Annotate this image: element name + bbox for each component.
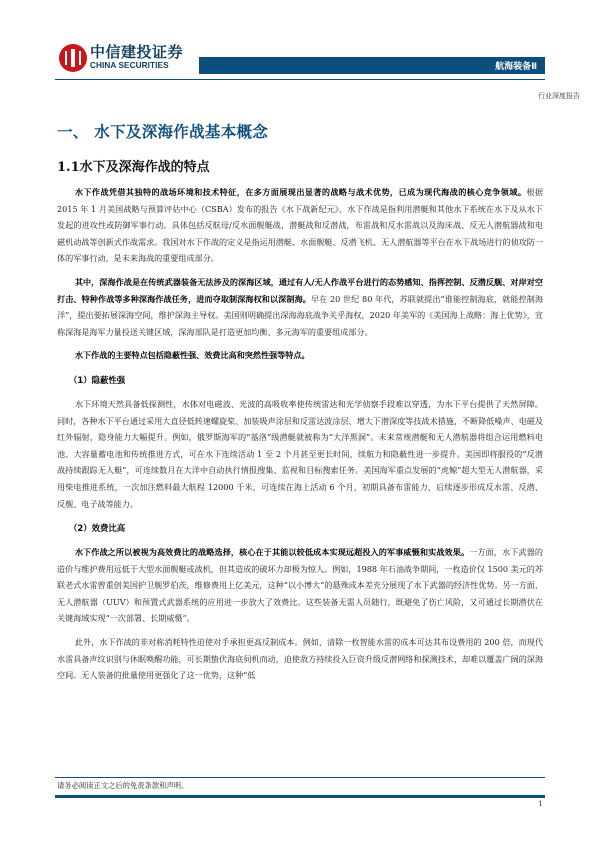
report-type-label: 行业深度报告 [538, 91, 580, 101]
citic-logo-icon [59, 44, 87, 72]
industry-tag: 航海装备Ⅱ [495, 59, 537, 72]
section-title: 一、 水下及深海作战基本概念 [57, 120, 543, 144]
paragraph-main-features: 水下作战的主要特点包括隐蔽性强、效费比高和突然性强等特点。 [57, 347, 543, 364]
subsection-title: 1.1水下及深海作战的特点 [57, 156, 543, 176]
footer-bar [55, 795, 545, 798]
header-divider [55, 79, 545, 80]
paragraph-underwater-definition: 水下作战凭借其独特的战场环境和技术特征，在多方面展现出显著的战略与战术优势，已成… [57, 184, 543, 267]
logo-english-name: CHINA SECURITIES [90, 62, 183, 70]
subheading-cost-effectiveness: （2）效费比高 [69, 520, 543, 536]
paragraph-body: 水下环境天然具备低探测性，水体对电磁波、光波的高吸收率使传统雷达和光学侦察手段难… [57, 399, 543, 509]
paragraph-lead-bold: 水下作战凭借其独特的战场环境和技术特征，在多方面展现出显著的战略与战术优势，已成… [75, 187, 527, 197]
paragraph-asymmetric-cost: 此外，水下作战的非对称消耗特性迫使对手承担更高反制成本。例如，清除一枚智能水雷的… [57, 634, 543, 684]
disclaimer-note: 请务必阅读正文之后的免责条款和声明。 [55, 778, 545, 794]
paragraph-lead-bold: 水下作战的主要特点包括隐蔽性强、效费比高和突然性强等特点。 [75, 350, 310, 360]
paragraph-body: 此外，水下作战的非对称消耗特性迫使对手承担更高反制成本。例如，清除一枚智能水雷的… [57, 637, 543, 680]
page-footer: 请务必阅读正文之后的免责条款和声明。 1 [55, 777, 545, 798]
paragraph-cost-effectiveness: 水下作战之所以被视为高效费比的战略选择，核心在于其能以较低成本实现远超投入的军事… [57, 544, 543, 627]
paragraph-body: 一方面，水下武器的造价与维护费用远低于大型水面舰艇或战机，但其造成的破坏力却极为… [57, 547, 543, 623]
paragraph-deep-sea-warfare: 其中，深海作战是在传统武器装备无法涉及的深海区域，通过有人/无人作战平台进行的态… [57, 274, 543, 340]
logo-chinese-name: 中信建投证券 [90, 45, 183, 60]
paragraph-stealth: 水下环境天然具备低探测性，水体对电磁波、光波的高吸收率使传统雷达和光学侦察手段难… [57, 396, 543, 512]
page-header: 中信建投证券 CHINA SECURITIES 航海装备Ⅱ [55, 44, 545, 90]
page-number: 1 [538, 799, 543, 808]
industry-tag-band: 航海装备Ⅱ [199, 57, 545, 74]
subheading-stealth: （1）隐蔽性强 [69, 372, 543, 388]
paragraph-body: 根据 2015 年 1 月美国战略与预算评估中心（CSBA）发布的报告《水下战新… [57, 187, 543, 263]
main-content: 一、 水下及深海作战基本概念 1.1水下及深海作战的特点 水下作战凭借其独特的战… [57, 120, 543, 684]
company-logo: 中信建投证券 CHINA SECURITIES [59, 44, 183, 72]
paragraph-lead-bold: 水下作战之所以被视为高效费比的战略选择，核心在于其能以较低成本实现远超投入的军事… [75, 547, 469, 557]
